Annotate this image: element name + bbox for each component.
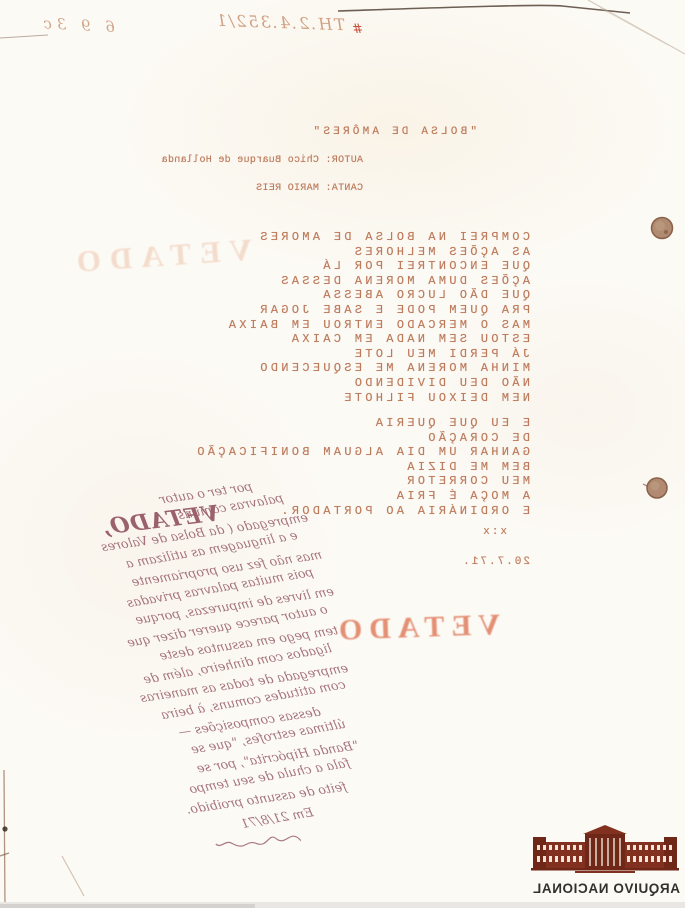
top-edge-crease xyxy=(338,5,630,13)
bottom-left-stroke xyxy=(62,856,84,896)
paper-marks-overlay xyxy=(0,0,685,908)
corner-fold-crease-2 xyxy=(600,8,668,45)
left-edge-dot xyxy=(2,826,7,831)
glue-spot-bottom xyxy=(643,478,667,498)
glue-spot-top xyxy=(652,218,673,239)
scanned-document-page: 6 9 3c # TH.2.4.352/1 "BOLSA DE AMÔRES" … xyxy=(0,0,685,908)
bottom-scan-edge-dark xyxy=(0,904,255,908)
top-left-crease xyxy=(0,35,48,38)
left-edge-line xyxy=(4,770,5,908)
corner-fold-crease xyxy=(588,0,685,54)
